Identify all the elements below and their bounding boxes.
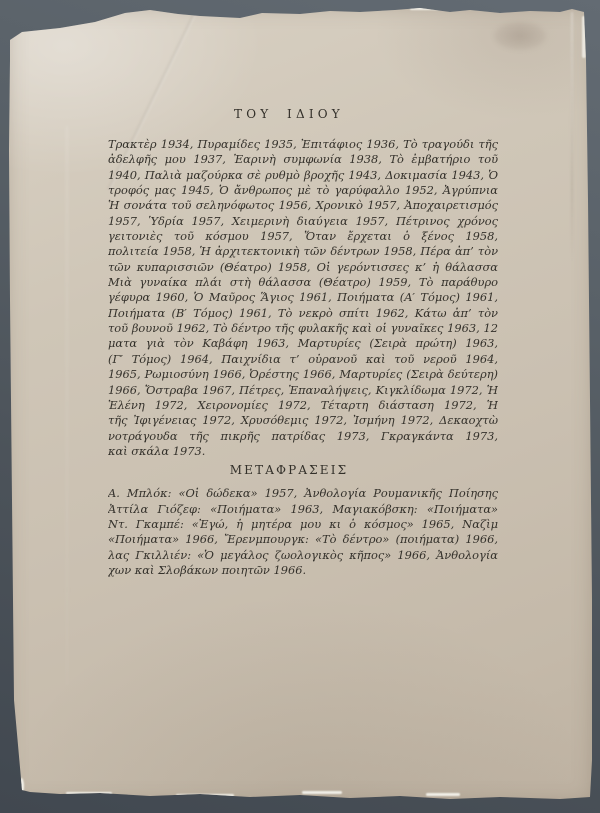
left-paper-crease <box>66 126 68 686</box>
text-line: 1966, Ὄστραβα 1967, Πέτρες, Ἐπαναλήψεις,… <box>108 383 498 398</box>
text-line: Ντ. Γκαμπέ: «Ἐγώ, ἡ μητέρα μου κι ὁ κόσμ… <box>108 517 498 532</box>
deckle-edge-highlight <box>19 778 24 794</box>
text-line: Ἡ σονάτα τοῦ σεληνόφωτος 1956, Χρονικὸ 1… <box>108 198 498 213</box>
paper-smudge <box>494 22 546 50</box>
photo-background: 250- ΤΟΥ ΙΔΙΟΥ Τρακτὲρ 1934, Πυραμίδες 1… <box>0 0 600 813</box>
text-line: χων καὶ Σλοβάκων ποιητῶν 1966. <box>108 563 498 578</box>
section-heading-same-author: ΤΟΥ ΙΔΙΟΥ <box>94 106 484 122</box>
text-line: γειτονιὲς τοῦ κόσμου 1957, Ὅταν ἔρχεται … <box>108 229 498 244</box>
text-line: ἀδελφῆς μου 1937, Ἐαρινὴ συμφωνία 1938, … <box>108 152 498 167</box>
text-line: πολιτεία 1958, Ἡ ἀρχιτεκτονικὴ τῶν δέντρ… <box>108 244 498 259</box>
text-line: 1965, Ρωμιοσύνη 1966, Ὀρέστης 1966, Μαρτ… <box>108 367 498 382</box>
text-line: τῆς Ἰφιγένειας 1972, Χρυσόθεμις 1972, Ἰσ… <box>108 413 498 428</box>
text-line: (Γ′ Τόμος) 1964, Παιχνίδια τ’ οὐρανοῦ κα… <box>108 352 498 367</box>
text-line: γέφυρα 1960, Ὁ Μαῦρος Ἅγιος 1961, Ποιήμα… <box>108 290 498 305</box>
section-heading-translations: ΜΕΤΑΦΡΑΣΕΙΣ <box>94 462 484 478</box>
text-line: τῶν κυπαρισσιῶν (Θέατρο) 1958, Οἱ γερόντ… <box>108 260 498 275</box>
text-line: Μιὰ γυναίκα πλάι στὴ θάλασσα (Θέατρο) 19… <box>108 275 498 290</box>
book-page: 250- ΤΟΥ ΙΔΙΟΥ Τρακτὲρ 1934, Πυραμίδες 1… <box>6 6 594 804</box>
text-line: Ἀττίλα Γιόζεφ: «Ποιήματα» 1963, Μαγιακόβ… <box>108 502 498 517</box>
text-line: καὶ σκάλα 1973. <box>108 444 498 459</box>
text-line: 1940, Παλιὰ μαζούρκα σὲ ρυθμὸ βροχῆς 194… <box>108 168 498 183</box>
works-list: Τρακτὲρ 1934, Πυραμίδες 1935, Ἐπιτάφιος … <box>108 137 498 459</box>
text-line: τοῦ βουνοῦ 1962, Τὸ δέντρο τῆς φυλακῆς κ… <box>108 321 498 336</box>
text-line: Α. Μπλόκ: «Οἱ δώδεκα» 1957, Ἀνθολογία Ρο… <box>108 486 498 501</box>
right-edge-crease <box>571 12 573 262</box>
text-line: λας Γκιλλιέν: «Ὁ μεγάλος ζωολογικὸς κῆπο… <box>108 548 498 563</box>
text-line: Ἑλένη 1972, Χειρονομίες 1972, Τέταρτη δι… <box>108 398 498 413</box>
deckle-edge-highlight <box>302 791 342 794</box>
text-line: τροφός μας 1945, Ὁ ἄνθρωπος μὲ τὸ γαρύφα… <box>108 183 498 198</box>
deckle-edge-highlight <box>176 794 234 797</box>
text-line: «Ποιήματα» 1966, Ἔρενμπουργκ: «Τὸ δέντρο… <box>108 532 498 547</box>
text-line: 1957, Ὑδρία 1957, Χειμερινὴ διαύγεια 195… <box>108 214 498 229</box>
text-line: ματα γιὰ τὸν Καβάφη 1963, Μαρτυρίες (Σει… <box>108 336 498 351</box>
text-line: Τρακτὲρ 1934, Πυραμίδες 1935, Ἐπιτάφιος … <box>108 137 498 152</box>
page-content: ΤΟΥ ΙΔΙΟΥ Τρακτὲρ 1934, Πυραμίδες 1935, … <box>108 106 498 578</box>
text-line: Ποιήματα (Β′ Τόμος) 1961, Τὸ νεκρὸ σπίτι… <box>108 306 498 321</box>
deckle-edge-highlight <box>66 792 112 795</box>
translations-list: Α. Μπλόκ: «Οἱ δώδεκα» 1957, Ἀνθολογία Ρο… <box>108 486 498 578</box>
handwritten-price-mark: 250- <box>20 4 58 32</box>
deckle-edge-highlight <box>410 7 440 10</box>
text-line: νοτράγουδα τῆς πικρῆς πατρίδας 1973, Γκρ… <box>108 429 498 444</box>
deckle-edge-highlight <box>582 16 586 58</box>
deckle-edge-highlight <box>426 793 460 796</box>
